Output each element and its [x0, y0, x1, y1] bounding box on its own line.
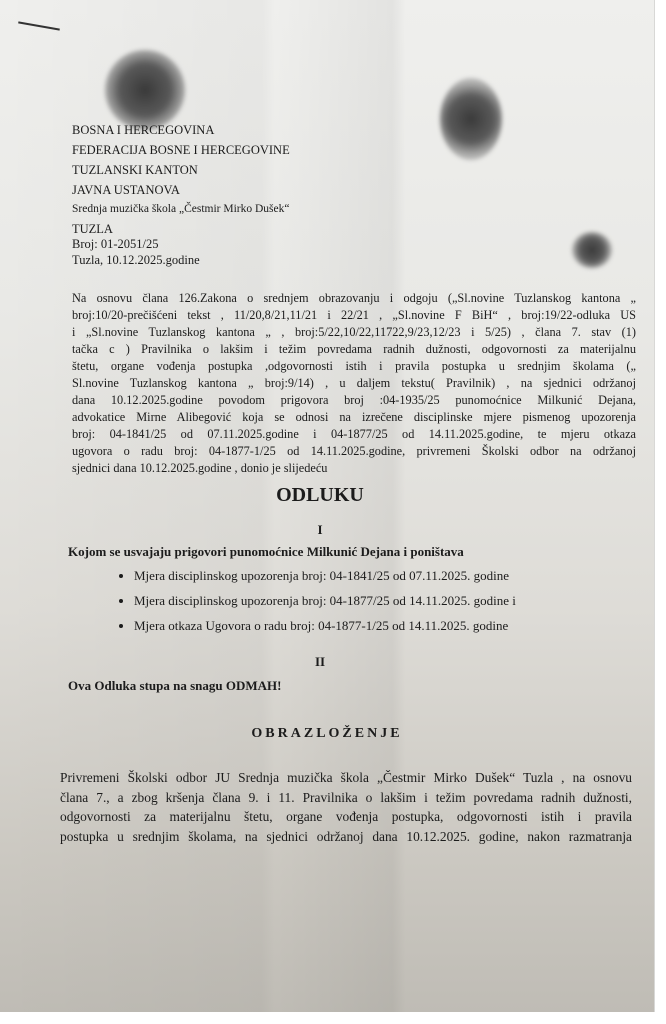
reasoning-title: OBRAZLOŽENJE: [0, 726, 654, 742]
reasoning-line: odgovornosti za materijalnu štetu, organ…: [60, 807, 632, 827]
preamble-line: dana 10.12.2025.godine povodom prigovora…: [72, 392, 636, 409]
preamble-line: i „Sl.novine Tuzlanskog kantona „ , broj…: [72, 324, 636, 341]
reasoning-line: postupka u srednjim školama, na sjednici…: [60, 827, 632, 847]
punch-hole-mark: [105, 50, 185, 130]
decision-title: ODLUKU: [0, 484, 640, 507]
preamble-line: sjednici dana 10.12.2025.godine , donio …: [72, 460, 636, 477]
punch-hole-mark: [440, 78, 502, 160]
list-item: Mjera otkaza Ugovora o radu broj: 04-187…: [134, 613, 516, 638]
preamble-line: Sl.novine Tuzlanskog kantona „ broj:9/14…: [72, 375, 636, 392]
preamble-line: advokatice Mirne Alibegović koja se odno…: [72, 409, 636, 426]
annulled-measures-list: Mjera disciplinskog upozorenja broj: 04-…: [112, 563, 516, 638]
section-2-numeral: II: [0, 654, 640, 670]
pen-mark: [18, 21, 60, 30]
preamble-line: tačka c ) Pravilnika o lakšim i težim po…: [72, 341, 636, 358]
preamble-paragraph: Na osnovu člana 126.Zakona o srednjem ob…: [72, 290, 636, 477]
header-canton: TUZLANSKI KANTON: [72, 161, 198, 179]
preamble-line: ugovora o radu broj: 04-1877-1/25 od 14.…: [72, 443, 636, 460]
reasoning-line: člana 7., a zbog kršenja člana 9. i 11. …: [60, 788, 632, 808]
header-institution-type: JAVNA USTANOVA: [72, 181, 180, 199]
section-2-text: Ova Odluka stupa na snagu ODMAH!: [68, 678, 281, 694]
reasoning-line: Privremeni Školski odbor JU Srednja muzi…: [60, 768, 632, 788]
header-federation: FEDERACIJA BOSNE I HERCEGOVINE: [72, 141, 290, 159]
section-1-numeral: I: [0, 522, 640, 538]
preamble-line: broj: 04-1841/25 od 07.11.2025.godine i …: [72, 426, 636, 443]
header-country: BOSNA I HERCEGOVINA: [72, 121, 214, 139]
punch-hole-mark: [572, 232, 612, 268]
document-page: BOSNA I HERCEGOVINA FEDERACIJA BOSNE I H…: [0, 0, 655, 1012]
preamble-line: broj:10/20-prečišćeni tekst , 11/20,8/21…: [72, 307, 636, 324]
list-item: Mjera disciplinskog upozorenja broj: 04-…: [134, 588, 516, 613]
preamble-line: Na osnovu člana 126.Zakona o srednjem ob…: [72, 290, 636, 307]
document-date: Tuzla, 10.12.2025.godine: [72, 251, 200, 269]
section-1-heading: Kojom se usvajaju prigovori punomoćnice …: [68, 544, 464, 560]
reasoning-paragraph: Privremeni Školski odbor JU Srednja muzi…: [60, 768, 632, 846]
header-school-name: Srednja muzička škola „Čestmir Mirko Duš…: [72, 200, 290, 218]
preamble-line: štetu, organe vođenja postupka ,odgovorn…: [72, 358, 636, 375]
list-item: Mjera disciplinskog upozorenja broj: 04-…: [134, 563, 516, 588]
